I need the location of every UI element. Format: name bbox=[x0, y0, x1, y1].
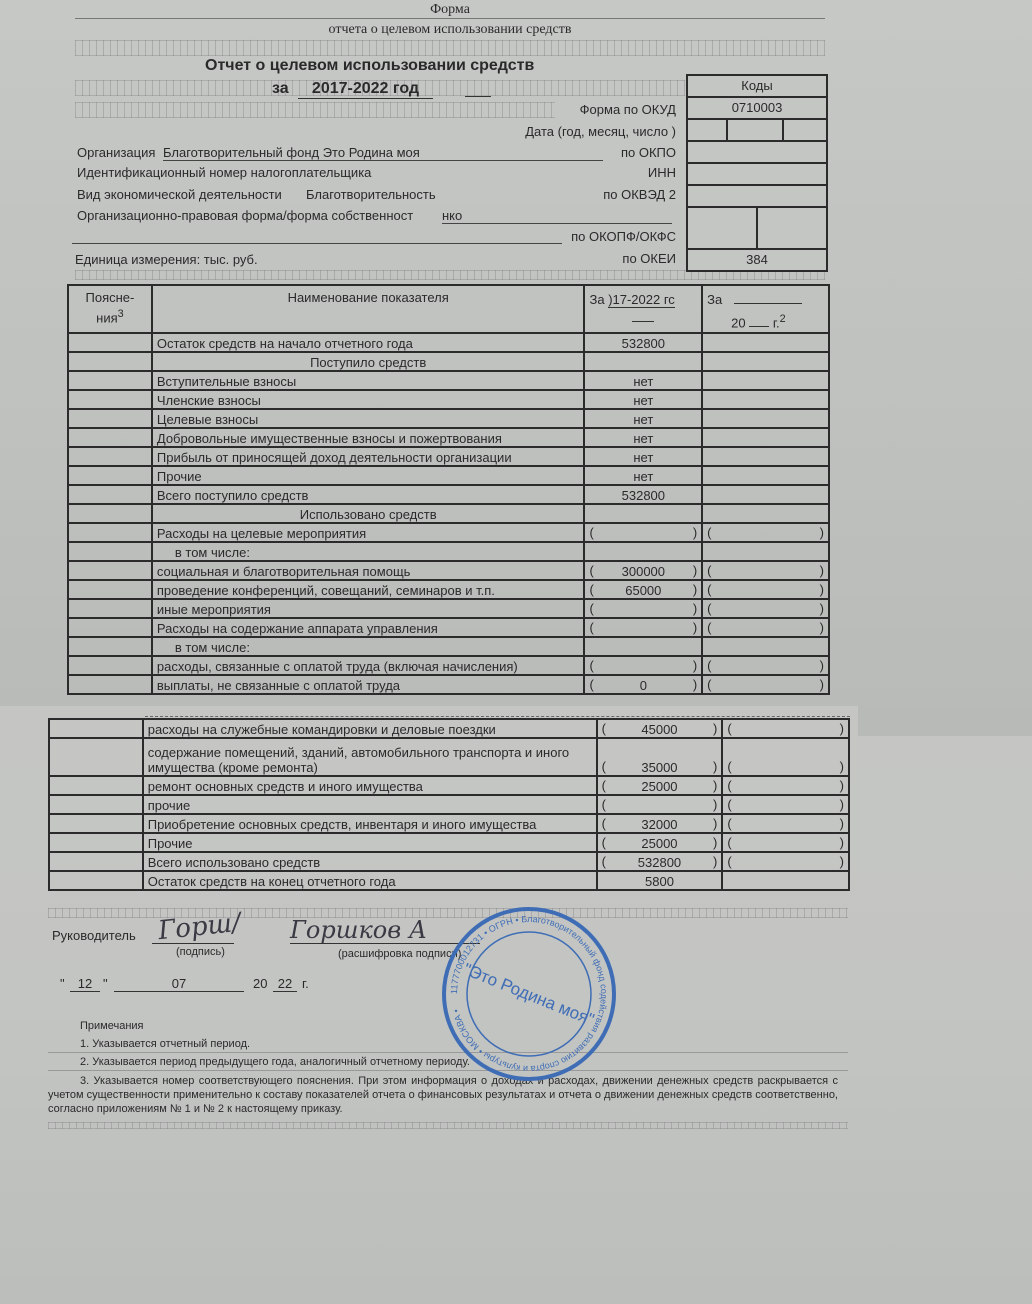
date-quote-open: " bbox=[60, 976, 65, 991]
notes-cell[interactable] bbox=[49, 719, 143, 738]
cell-value: 65000 bbox=[625, 583, 661, 598]
table-row: Целевые взносынет bbox=[68, 409, 829, 428]
table-row: Вступительные взносынет bbox=[68, 371, 829, 390]
period2-year-blank bbox=[749, 326, 769, 327]
indicator-name: Прочие bbox=[143, 833, 597, 852]
table-row: Остаток средств на начало отчетного года… bbox=[68, 333, 829, 352]
date-month-cell[interactable] bbox=[728, 120, 784, 140]
paren-open: ( bbox=[602, 778, 606, 793]
paren-close: ) bbox=[693, 582, 697, 597]
indicator-name: иные мероприятия bbox=[152, 599, 585, 618]
paren-close: ) bbox=[840, 816, 844, 831]
table-row: Остаток средств на конец отчетного года5… bbox=[49, 871, 849, 890]
value-previous-period[interactable]: () bbox=[722, 852, 849, 871]
value-previous-period[interactable]: () bbox=[722, 833, 849, 852]
paren-open: ( bbox=[602, 721, 606, 736]
paren-close: ) bbox=[820, 620, 824, 635]
svg-text:"Это Родина моя": "Это Родина моя" bbox=[461, 960, 597, 1030]
grid-strip bbox=[75, 102, 555, 118]
notes-cell[interactable] bbox=[68, 637, 152, 656]
value-current-period[interactable]: ()25000 bbox=[597, 776, 723, 795]
okopf-cells bbox=[688, 208, 826, 250]
indicator-name: Прочие bbox=[152, 466, 585, 485]
paren-close: ) bbox=[713, 778, 717, 793]
cell-value: 32000 bbox=[641, 817, 677, 832]
notes-cell[interactable] bbox=[68, 428, 152, 447]
value-previous-period[interactable]: () bbox=[702, 580, 829, 599]
handwritten-name: Горшков А bbox=[290, 916, 427, 944]
value-previous-period[interactable]: () bbox=[722, 776, 849, 795]
notes-cell[interactable] bbox=[49, 795, 143, 814]
unit-label: Единица измерения: тыс. руб. bbox=[75, 252, 258, 267]
cell-value: 0 bbox=[640, 678, 647, 693]
value-previous-period[interactable]: () bbox=[702, 618, 829, 637]
period2-blank bbox=[734, 303, 802, 304]
okei-value: 384 bbox=[688, 250, 826, 270]
paren-open: ( bbox=[707, 658, 711, 673]
paren-open: ( bbox=[602, 835, 606, 850]
value-current-period[interactable]: () bbox=[584, 599, 702, 618]
date-cells bbox=[688, 120, 826, 142]
period1-prefix: За bbox=[589, 292, 604, 307]
cell-value: 532800 bbox=[622, 488, 665, 503]
period2-suffix: г. bbox=[773, 315, 780, 330]
activity-value: Благотворительность bbox=[306, 187, 436, 202]
paren-close: ) bbox=[693, 563, 697, 578]
paren-close: ) bbox=[840, 854, 844, 869]
table-row: Расходы на целевые мероприятия()() bbox=[68, 523, 829, 542]
notes-cell[interactable] bbox=[68, 542, 152, 561]
notes-cell[interactable] bbox=[68, 561, 152, 580]
table-body-lower: расходы на служебные командировки и дело… bbox=[49, 719, 849, 890]
table-row: ремонт основных средств и иного имуществ… bbox=[49, 776, 849, 795]
codes-title: Коды bbox=[688, 76, 826, 98]
notes-cell[interactable] bbox=[68, 333, 152, 352]
period1-blank bbox=[632, 321, 654, 322]
value-previous-period[interactable]: () bbox=[702, 599, 829, 618]
paren-close: ) bbox=[820, 582, 824, 597]
value-current-period[interactable]: нет bbox=[584, 466, 702, 485]
grid-strip bbox=[48, 1122, 848, 1129]
table-row: Добровольные имущественные взносы и поже… bbox=[68, 428, 829, 447]
value-current-period[interactable] bbox=[584, 542, 702, 561]
table-body-upper: Остаток средств на начало отчетного года… bbox=[68, 333, 829, 694]
notes-cell[interactable] bbox=[68, 618, 152, 637]
notes-cell[interactable] bbox=[49, 776, 143, 795]
table-row: Расходы на содержание аппарата управлени… bbox=[68, 618, 829, 637]
value-previous-period[interactable] bbox=[702, 428, 829, 447]
notes-cell[interactable] bbox=[68, 485, 152, 504]
value-previous-period[interactable]: () bbox=[722, 814, 849, 833]
cell-value: 5800 bbox=[645, 874, 674, 889]
value-current-period[interactable]: 5800 bbox=[597, 871, 723, 890]
cell-value: 532800 bbox=[622, 336, 665, 351]
paren-open: ( bbox=[589, 658, 593, 673]
cell-value: нет bbox=[633, 412, 653, 427]
period2-sup: 2 bbox=[780, 313, 786, 325]
table-row: прочие()() bbox=[49, 795, 849, 814]
org-label: Организация bbox=[77, 145, 155, 160]
value-current-period[interactable]: ()45000 bbox=[597, 719, 723, 738]
notes-cell[interactable] bbox=[68, 390, 152, 409]
paren-open: ( bbox=[589, 677, 593, 692]
period-prefix: за bbox=[272, 80, 289, 98]
paren-open: ( bbox=[727, 854, 731, 869]
cell-value: нет bbox=[633, 431, 653, 446]
value-previous-period[interactable]: () bbox=[702, 675, 829, 694]
value-current-period[interactable]: () bbox=[584, 523, 702, 542]
value-previous-period[interactable]: () bbox=[702, 523, 829, 542]
table-row: содержание помещений, зданий, автомобиль… bbox=[49, 738, 849, 776]
paren-open: ( bbox=[707, 601, 711, 616]
notes-cell[interactable] bbox=[68, 371, 152, 390]
indicator-name: социальная и благотворительная помощь bbox=[152, 561, 585, 580]
date-day-cell[interactable] bbox=[784, 120, 826, 140]
indicator-name: Добровольные имущественные взносы и поже… bbox=[152, 428, 585, 447]
value-current-period[interactable]: 532800 bbox=[584, 485, 702, 504]
notes-cell[interactable] bbox=[68, 447, 152, 466]
paren-open: ( bbox=[727, 759, 731, 774]
paren-close: ) bbox=[693, 525, 697, 540]
value-current-period[interactable] bbox=[584, 504, 702, 523]
value-current-period[interactable]: ()35000 bbox=[597, 738, 723, 776]
cell-value: 300000 bbox=[622, 564, 665, 579]
legal-form-line bbox=[72, 243, 562, 244]
value-current-period[interactable]: () bbox=[597, 795, 723, 814]
okud-value: 0710003 bbox=[688, 98, 826, 120]
head-label: Руководитель bbox=[52, 928, 136, 943]
value-previous-period[interactable] bbox=[702, 390, 829, 409]
value-current-period[interactable]: ()32000 bbox=[597, 814, 723, 833]
paren-close: ) bbox=[713, 759, 717, 774]
table-row: Прочие()25000() bbox=[49, 833, 849, 852]
inn-label: ИНН bbox=[560, 165, 676, 180]
report-table-upper: Поясне-ния3 Наименование показателя За )… bbox=[67, 284, 830, 695]
cell-value: нет bbox=[633, 374, 653, 389]
period-value: 2017-2022 год bbox=[298, 80, 433, 99]
paren-open: ( bbox=[589, 563, 593, 578]
header-period1: За )17-2022 гс bbox=[584, 285, 702, 333]
notes-cell[interactable] bbox=[49, 852, 143, 871]
notes-cell[interactable] bbox=[68, 504, 152, 523]
paren-open: ( bbox=[602, 854, 606, 869]
okopf-value[interactable] bbox=[688, 208, 758, 248]
value-current-period[interactable]: нет bbox=[584, 371, 702, 390]
value-current-period[interactable]: ()65000 bbox=[584, 580, 702, 599]
indicator-name: Остаток средств на конец отчетного года bbox=[143, 871, 597, 890]
paren-open: ( bbox=[707, 582, 711, 597]
table-row: Прочиенет bbox=[68, 466, 829, 485]
header-period2: За 20 г.2 bbox=[702, 285, 829, 333]
paren-open: ( bbox=[727, 797, 731, 812]
date-quote-close: " bbox=[103, 976, 108, 991]
cell-value: нет bbox=[633, 450, 653, 465]
form-subtitle: отчета о целевом использовании средств bbox=[75, 22, 825, 38]
paren-close: ) bbox=[820, 563, 824, 578]
paren-close: ) bbox=[820, 677, 824, 692]
notes-title: Примечания bbox=[80, 1020, 144, 1032]
legal-form-value: нко bbox=[442, 208, 672, 224]
indicator-name: Вступительные взносы bbox=[152, 371, 585, 390]
cell-value: нет bbox=[633, 393, 653, 408]
table-row: Всего поступило средств532800 bbox=[68, 485, 829, 504]
table-row: выплаты, не связанные с оплатой труда()0… bbox=[68, 675, 829, 694]
cell-value: 45000 bbox=[641, 722, 677, 737]
value-previous-period[interactable]: () bbox=[722, 719, 849, 738]
inn-full-label: Идентификационный номер налогоплательщик… bbox=[77, 165, 371, 180]
value-current-period[interactable]: ()300000 bbox=[584, 561, 702, 580]
paren-close: ) bbox=[693, 658, 697, 673]
value-previous-period[interactable] bbox=[702, 504, 829, 523]
value-previous-period[interactable]: () bbox=[702, 656, 829, 675]
form-label: Форма bbox=[75, 2, 825, 18]
paren-open: ( bbox=[589, 582, 593, 597]
paren-close: ) bbox=[713, 816, 717, 831]
value-current-period[interactable]: нет bbox=[584, 390, 702, 409]
okved-label: по ОКВЭД 2 bbox=[560, 187, 676, 202]
paren-close: ) bbox=[840, 835, 844, 850]
table-row: Поступило средств bbox=[68, 352, 829, 371]
tear-edge bbox=[145, 716, 850, 717]
report-title: Отчет о целевом использовании средств bbox=[205, 57, 534, 75]
paren-close: ) bbox=[820, 525, 824, 540]
table-row: в том числе: bbox=[68, 637, 829, 656]
paren-open: ( bbox=[602, 816, 606, 831]
paren-close: ) bbox=[713, 854, 717, 869]
paren-open: ( bbox=[727, 721, 731, 736]
value-previous-period[interactable] bbox=[702, 352, 829, 371]
notes-cell[interactable] bbox=[49, 833, 143, 852]
value-current-period[interactable]: ()532800 bbox=[597, 852, 723, 871]
header-notes-sup: 3 bbox=[118, 308, 124, 320]
indicator-name: Всего поступило средств bbox=[152, 485, 585, 504]
header-notes-label: Поясне-ния bbox=[86, 290, 135, 325]
paren-close: ) bbox=[693, 620, 697, 635]
activity-label: Вид экономической деятельности bbox=[77, 187, 282, 202]
date-year-prefix: 20 bbox=[253, 976, 267, 991]
notes-cell[interactable] bbox=[49, 871, 143, 890]
table-header-row: Поясне-ния3 Наименование показателя За )… bbox=[68, 285, 829, 333]
paren-close: ) bbox=[840, 759, 844, 774]
period-blank bbox=[465, 96, 491, 97]
value-current-period[interactable]: 532800 bbox=[584, 333, 702, 352]
indicator-name: содержание помещений, зданий, автомобиль… bbox=[143, 738, 597, 776]
paren-open: ( bbox=[589, 620, 593, 635]
table-row: расходы, связанные с оплатой труда (вклю… bbox=[68, 656, 829, 675]
table-row: расходы на служебные командировки и дело… bbox=[49, 719, 849, 738]
period2-year: 20 bbox=[731, 315, 745, 330]
inn-value[interactable] bbox=[688, 164, 826, 186]
date-year: 22 bbox=[273, 976, 297, 992]
period2-prefix: За bbox=[707, 292, 722, 307]
paren-open: ( bbox=[727, 835, 731, 850]
okei-label: по ОКЕИ bbox=[560, 251, 676, 266]
notes-cell[interactable] bbox=[68, 466, 152, 485]
paren-open: ( bbox=[707, 677, 711, 692]
notes-cell[interactable] bbox=[49, 738, 143, 776]
table-row: в том числе: bbox=[68, 542, 829, 561]
notes-cell[interactable] bbox=[68, 675, 152, 694]
org-value: Благотворительный фонд Это Родина моя bbox=[163, 145, 603, 161]
value-current-period[interactable] bbox=[584, 352, 702, 371]
indicator-name: Приобретение основных средств, инвентаря… bbox=[143, 814, 597, 833]
notes-cell[interactable] bbox=[68, 523, 152, 542]
paren-close: ) bbox=[693, 677, 697, 692]
indicator-name: Всего использовано средств bbox=[143, 852, 597, 871]
table-row: Всего использовано средств()532800() bbox=[49, 852, 849, 871]
value-current-period[interactable]: нет bbox=[584, 447, 702, 466]
organization-stamp-icon: 1177700012731 • ОГРН • Благотворительный… bbox=[440, 905, 618, 1083]
table-row: Членские взносынет bbox=[68, 390, 829, 409]
paren-close: ) bbox=[713, 835, 717, 850]
legal-form-label: Организационно-правовая форма/форма собс… bbox=[77, 208, 413, 223]
date-day: 12 bbox=[70, 976, 100, 992]
value-previous-period[interactable] bbox=[702, 485, 829, 504]
notes-cell[interactable] bbox=[68, 580, 152, 599]
note-1: 1. Указывается отчетный период. bbox=[80, 1038, 250, 1050]
value-previous-period[interactable] bbox=[702, 371, 829, 390]
paren-open: ( bbox=[707, 525, 711, 540]
period1-value: )17-2022 гс bbox=[608, 292, 675, 308]
notes-cell[interactable] bbox=[68, 656, 152, 675]
value-previous-period[interactable] bbox=[722, 871, 849, 890]
indicator-name: прочие bbox=[143, 795, 597, 814]
indicator-name: Остаток средств на начало отчетного года bbox=[152, 333, 585, 352]
paren-open: ( bbox=[602, 759, 606, 774]
paren-close: ) bbox=[713, 797, 717, 812]
table-row: проведение конференций, совещаний, семин… bbox=[68, 580, 829, 599]
header-notes: Поясне-ния3 bbox=[68, 285, 152, 333]
cell-value: 35000 bbox=[641, 760, 677, 775]
indicator-name: Расходы на целевые мероприятия bbox=[152, 523, 585, 542]
date-year-cell[interactable] bbox=[688, 120, 728, 140]
paren-close: ) bbox=[840, 721, 844, 736]
value-previous-period[interactable]: () bbox=[722, 738, 849, 776]
indicator-name: ремонт основных средств и иного имуществ… bbox=[143, 776, 597, 795]
notes-cell[interactable] bbox=[49, 814, 143, 833]
paren-open: ( bbox=[602, 797, 606, 812]
okpo-value[interactable] bbox=[688, 142, 826, 164]
value-current-period[interactable]: нет bbox=[584, 409, 702, 428]
value-current-period[interactable]: ()0 bbox=[584, 675, 702, 694]
paren-close: ) bbox=[693, 601, 697, 616]
value-current-period[interactable]: () bbox=[584, 656, 702, 675]
value-current-period[interactable]: нет bbox=[584, 428, 702, 447]
value-previous-period[interactable] bbox=[702, 333, 829, 352]
table-row: иные мероприятия()() bbox=[68, 599, 829, 618]
notes-cell[interactable] bbox=[68, 352, 152, 371]
indicator-name: расходы, связанные с оплатой труда (вклю… bbox=[152, 656, 585, 675]
paren-close: ) bbox=[840, 797, 844, 812]
paren-open: ( bbox=[589, 525, 593, 540]
date-suffix: г. bbox=[302, 976, 309, 991]
value-previous-period[interactable] bbox=[702, 542, 829, 561]
notes-cell[interactable] bbox=[68, 409, 152, 428]
value-previous-period[interactable] bbox=[702, 409, 829, 428]
indicator-name: выплаты, не связанные с оплатой труда bbox=[152, 675, 585, 694]
table-row: Приобретение основных средств, инвентаря… bbox=[49, 814, 849, 833]
sign-caption: (подпись) bbox=[176, 946, 225, 958]
value-current-period[interactable] bbox=[584, 637, 702, 656]
photo-overlap-shadow bbox=[858, 706, 1032, 736]
cell-value: 532800 bbox=[638, 855, 681, 870]
paren-open: ( bbox=[727, 778, 731, 793]
table-row: социальная и благотворительная помощь()3… bbox=[68, 561, 829, 580]
indicator-name: Членские взносы bbox=[152, 390, 585, 409]
value-previous-period[interactable]: () bbox=[722, 795, 849, 814]
indicator-name: Прибыль от приносящей доход деятельности… bbox=[152, 447, 585, 466]
table-row: Использовано средств bbox=[68, 504, 829, 523]
notes-cell[interactable] bbox=[68, 599, 152, 618]
value-previous-period[interactable]: () bbox=[702, 561, 829, 580]
value-previous-period[interactable] bbox=[702, 466, 829, 485]
indicator-name: в том числе: bbox=[152, 542, 585, 561]
note-2: 2. Указывается период предыдущего года, … bbox=[80, 1056, 470, 1068]
cell-value: 25000 bbox=[641, 779, 677, 794]
paren-open: ( bbox=[727, 816, 731, 831]
value-previous-period[interactable] bbox=[702, 447, 829, 466]
paren-open: ( bbox=[707, 620, 711, 635]
okved-value[interactable] bbox=[688, 186, 826, 208]
grid-strip bbox=[75, 40, 825, 56]
table-row: Прибыль от приносящей доход деятельности… bbox=[68, 447, 829, 466]
section-heading: Использовано средств bbox=[152, 504, 585, 523]
date-label: Дата (год, месяц, число ) bbox=[480, 124, 676, 139]
value-current-period[interactable]: ()25000 bbox=[597, 833, 723, 852]
report-table-lower: расходы на служебные командировки и дело… bbox=[48, 718, 850, 891]
value-current-period[interactable]: () bbox=[584, 618, 702, 637]
paren-close: ) bbox=[820, 658, 824, 673]
paren-close: ) bbox=[820, 601, 824, 616]
paren-open: ( bbox=[589, 601, 593, 616]
okud-label: Форма по ОКУД bbox=[540, 102, 676, 117]
okopf-label: по ОКОПФ/ОКФС bbox=[530, 229, 676, 244]
okfs-value[interactable] bbox=[758, 208, 826, 248]
section-heading: Поступило средств bbox=[152, 352, 585, 371]
codes-box: Коды 0710003 384 bbox=[686, 74, 828, 272]
paren-close: ) bbox=[713, 721, 717, 736]
indicator-name: Расходы на содержание аппарата управлени… bbox=[152, 618, 585, 637]
indicator-name: в том числе: bbox=[152, 637, 585, 656]
indicator-name: Целевые взносы bbox=[152, 409, 585, 428]
cell-value: нет bbox=[633, 469, 653, 484]
paren-close: ) bbox=[840, 778, 844, 793]
cell-value: 25000 bbox=[641, 836, 677, 851]
indicator-name: расходы на служебные командировки и дело… bbox=[143, 719, 597, 738]
date-month: 07 bbox=[114, 976, 244, 992]
indicator-name: проведение конференций, совещаний, семин… bbox=[152, 580, 585, 599]
paren-open: ( bbox=[707, 563, 711, 578]
header-name: Наименование показателя bbox=[152, 285, 585, 333]
divider bbox=[75, 18, 825, 19]
value-previous-period[interactable] bbox=[702, 637, 829, 656]
